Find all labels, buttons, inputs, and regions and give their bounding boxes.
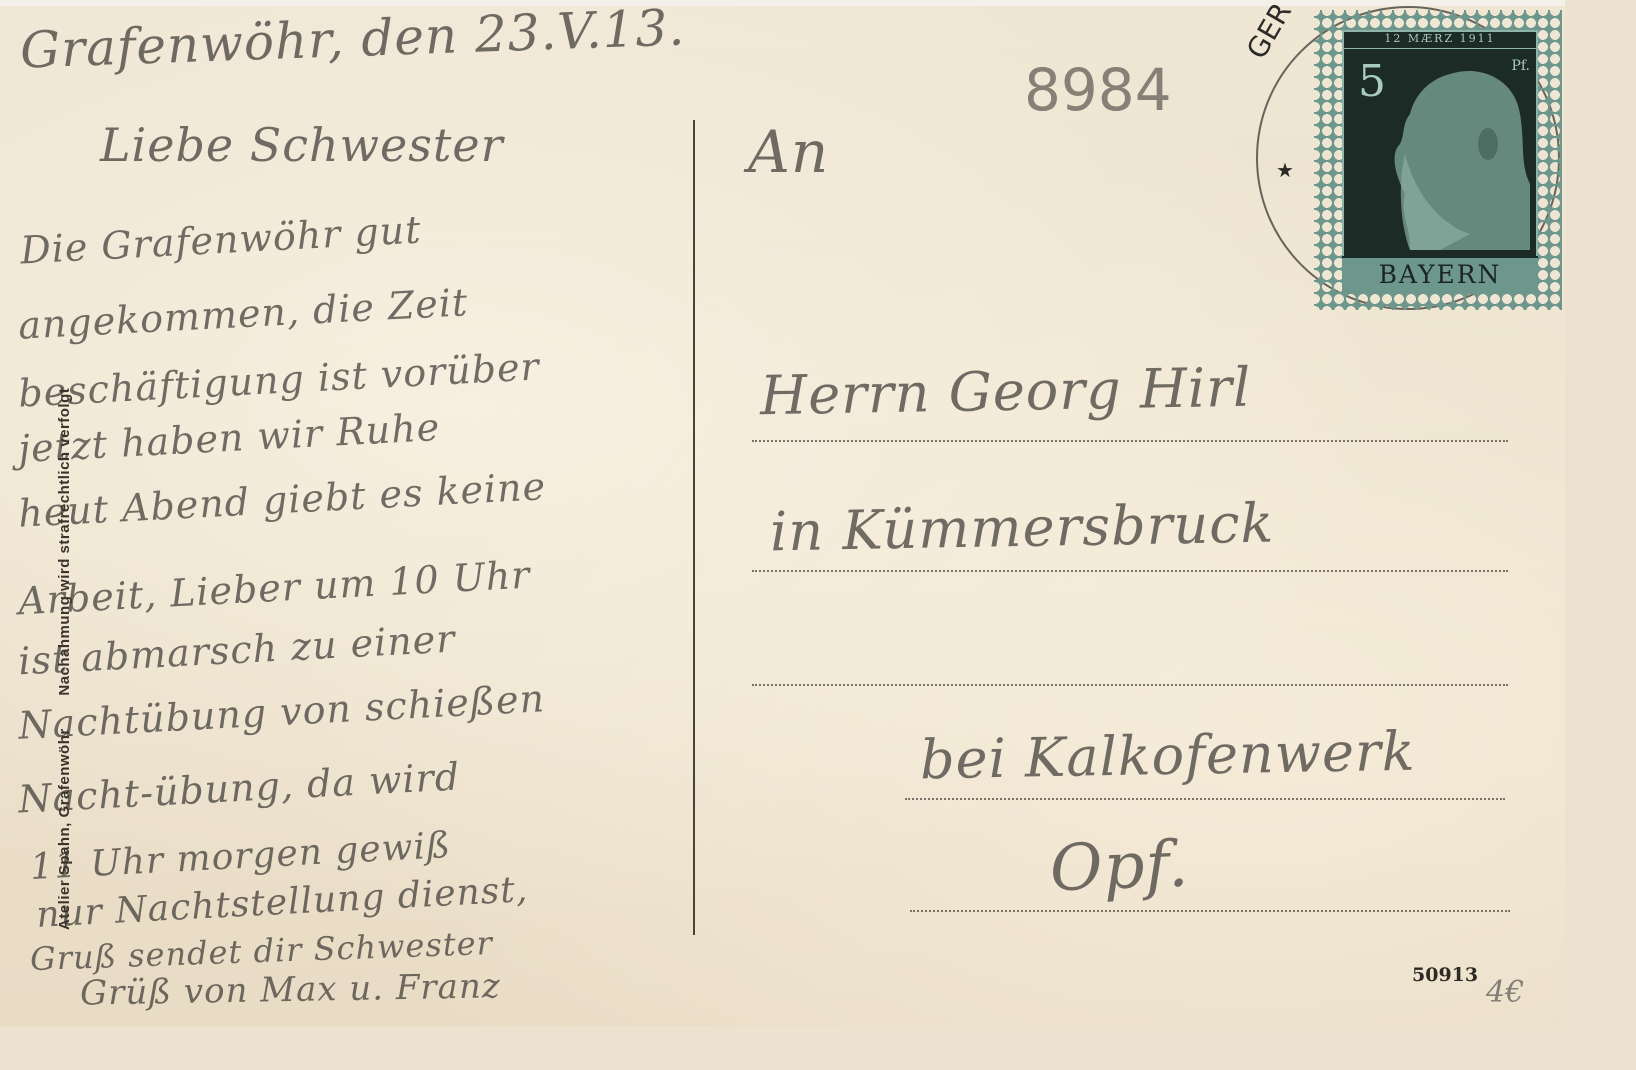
- message-line: ist abmarsch zu einer: [17, 617, 456, 684]
- serial-number: 50913: [1412, 964, 1478, 986]
- message-line: Liebe Schwester: [100, 118, 504, 172]
- publisher-imprint: Atelier Spahn, Grafenwöhr Nachahmung wir…: [56, 360, 73, 930]
- postmark-text: GER: [1240, 0, 1298, 64]
- stamp-frame: 12 MÆRZ 1911 5 Pf. BAYERN: [1342, 30, 1538, 292]
- address-dotted-line: [752, 440, 1508, 442]
- pencil-number: 8984: [1024, 56, 1172, 124]
- corner-pencil-mark: 4€: [1486, 975, 1524, 1010]
- message-line: Nachtübung von schießen: [17, 676, 546, 748]
- message-line: Nacht-übung, da wird: [17, 754, 461, 821]
- message-date-line: Grafenwöhr, den 23.V.13.: [19, 0, 686, 80]
- copyright-notice: Nachahmung wird strafrechtlich verfolgt: [56, 388, 73, 696]
- portrait-icon: [1380, 54, 1530, 250]
- address-salutation: An: [748, 118, 829, 186]
- address-dotted-line: [905, 798, 1505, 800]
- stamp-date-text: 12 MÆRZ 1911: [1344, 32, 1536, 49]
- address-line-region: Opf.: [1049, 828, 1191, 907]
- address-line-city: in Kümmersbruck: [769, 492, 1274, 564]
- message-line: angekommen, die Zeit: [17, 280, 469, 348]
- message-line: heut Abend giebt es keine: [17, 464, 547, 536]
- message-line: beschäftigung ist vorüber: [17, 344, 540, 415]
- message-signature: Grüß von Max u. Franz: [80, 966, 501, 1013]
- message-line: jetzt haben wir Ruhe: [17, 405, 441, 471]
- message-line: Die Grafenwöhr gut: [19, 208, 422, 273]
- center-divider: [693, 120, 695, 935]
- address-line-recipient: Herrn Georg Hirl: [759, 356, 1251, 428]
- stamp-country: BAYERN: [1342, 256, 1538, 292]
- postmark-star-icon: ★: [1276, 158, 1294, 182]
- postcard-back: Grafenwöhr, den 23.V.13. Liebe Schwester…: [0, 0, 1565, 1026]
- address-dotted-line: [752, 684, 1508, 686]
- publisher-name: Atelier Spahn, Grafenwöhr: [56, 728, 73, 930]
- message-line: Arbeit, Lieber um 10 Uhr: [17, 553, 531, 624]
- address-dotted-line: [752, 570, 1508, 572]
- scan-edge: [0, 0, 1565, 6]
- address-dotted-line: [910, 910, 1510, 912]
- address-line-street: bei Kalkofenwerk: [919, 720, 1415, 792]
